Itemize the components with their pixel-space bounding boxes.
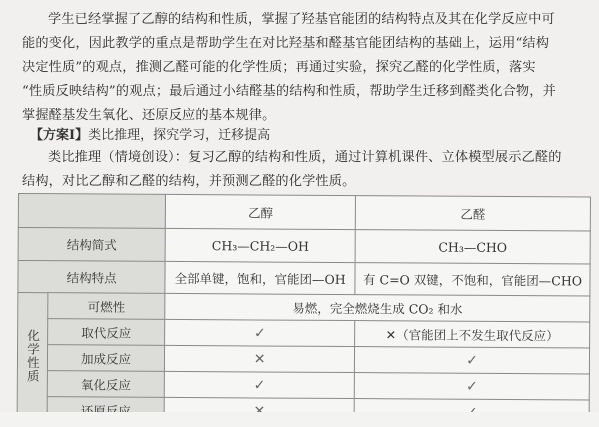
- acetaldehyde-cell: 有 C=O 双键，不饱和，官能团—CHO: [355, 263, 590, 296]
- table-row: 结构特点 全部单键，饱和，官能团—OH 有 C=O 双键，不饱和，官能团—CHO: [18, 261, 590, 296]
- row-label: 结构特点: [18, 261, 165, 294]
- table-row: 化学性质 可燃性 易燃，完全燃烧生成 CO₂ 和水: [18, 293, 590, 322]
- table-row: 氧化反应 ✓ ✓: [17, 370, 589, 399]
- row-label: 氧化反应: [47, 371, 165, 398]
- ethanol-cross-icon: ✕: [165, 345, 355, 372]
- acetaldehyde-cell: CH₃—CHO: [355, 230, 590, 264]
- text-line: 结构，对比乙醇和乙醛的结构，并预测乙醛的化学性质。: [22, 170, 592, 194]
- chem-properties-group-label: 化学性质: [17, 293, 48, 423]
- text-line: “性质反映结构”的观点；最后通过小结醛基的结构和性质，帮助学生迁移到醛类化合物，…: [22, 80, 592, 104]
- table-row: 取代反应 ✓ ✕（官能团上不发生取代反应）: [18, 319, 590, 348]
- scheme-label: 【方案Ⅰ】: [30, 128, 88, 143]
- ethanol-check-icon: ✓: [165, 371, 355, 398]
- text-line: 学生已经掌握了乙醇的结构和性质，掌握了羟基官能团的结构特点及其在化学反应中可: [22, 8, 592, 32]
- row-label: 可燃性: [48, 293, 166, 320]
- header-ethanol: 乙醇: [166, 194, 356, 229]
- row-label: 取代反应: [47, 319, 165, 346]
- intro-paragraph: 学生已经掌握了乙醇的结构和性质，掌握了羟基官能团的结构特点及其在化学反应中可 能…: [22, 8, 592, 128]
- acetaldehyde-cross-note: ✕（官能团上不发生取代反应）: [355, 321, 590, 348]
- acetaldehyde-check-icon: ✓: [355, 347, 590, 374]
- header-acetaldehyde: 乙醛: [355, 196, 590, 231]
- text-line: 能的变化，因此教学的重点是帮助学生在对比羟基和醛基官能团结构的基础上，运用“结构: [22, 32, 592, 56]
- text-line: 决定性质”的观点，推测乙醛可能的化学性质；再通过实验，探究乙醛的化学性质，落实: [22, 56, 592, 80]
- scheme-title: 类比推理，探究学习，迁移提高: [88, 128, 270, 143]
- ethanol-cell: CH₃—CH₂—OH: [165, 228, 355, 262]
- comparison-table: 乙醇 乙醛 结构简式 CH₃—CH₂—OH CH₃—CHO 结构特点 全部单键，…: [17, 193, 591, 426]
- page-bottom-edge: [0, 412, 599, 427]
- analogy-paragraph: 类比推理（情境创设）：复习乙醇的结构和性质，通过计算机课件、立体模型展示乙醛的 …: [22, 146, 592, 194]
- table-header-row: 乙醇 乙醛: [18, 194, 590, 231]
- table-row: 结构简式 CH₃—CH₂—OH CH₃—CHO: [18, 228, 590, 264]
- textbook-page: 学生已经掌握了乙醇的结构和性质，掌握了羟基官能团的结构特点及其在化学反应中可 能…: [0, 0, 599, 427]
- ethanol-cell: 全部单键，饱和，官能团—OH: [165, 261, 355, 294]
- combustibility-cell: 易燃，完全燃烧生成 CO₂ 和水: [165, 293, 590, 322]
- header-empty-cell: [18, 194, 165, 229]
- row-label: 结构简式: [18, 228, 165, 262]
- ethanol-check-icon: ✓: [165, 319, 355, 346]
- text-line: 类比推理（情境创设）：复习乙醇的结构和性质，通过计算机课件、立体模型展示乙醛的: [22, 146, 592, 170]
- row-label: 加成反应: [47, 345, 165, 372]
- table-row: 加成反应 ✕ ✓: [17, 345, 589, 374]
- acetaldehyde-check-icon: ✓: [354, 373, 589, 400]
- scheme-heading: 【方案Ⅰ】类比推理，探究学习，迁移提高: [30, 124, 270, 143]
